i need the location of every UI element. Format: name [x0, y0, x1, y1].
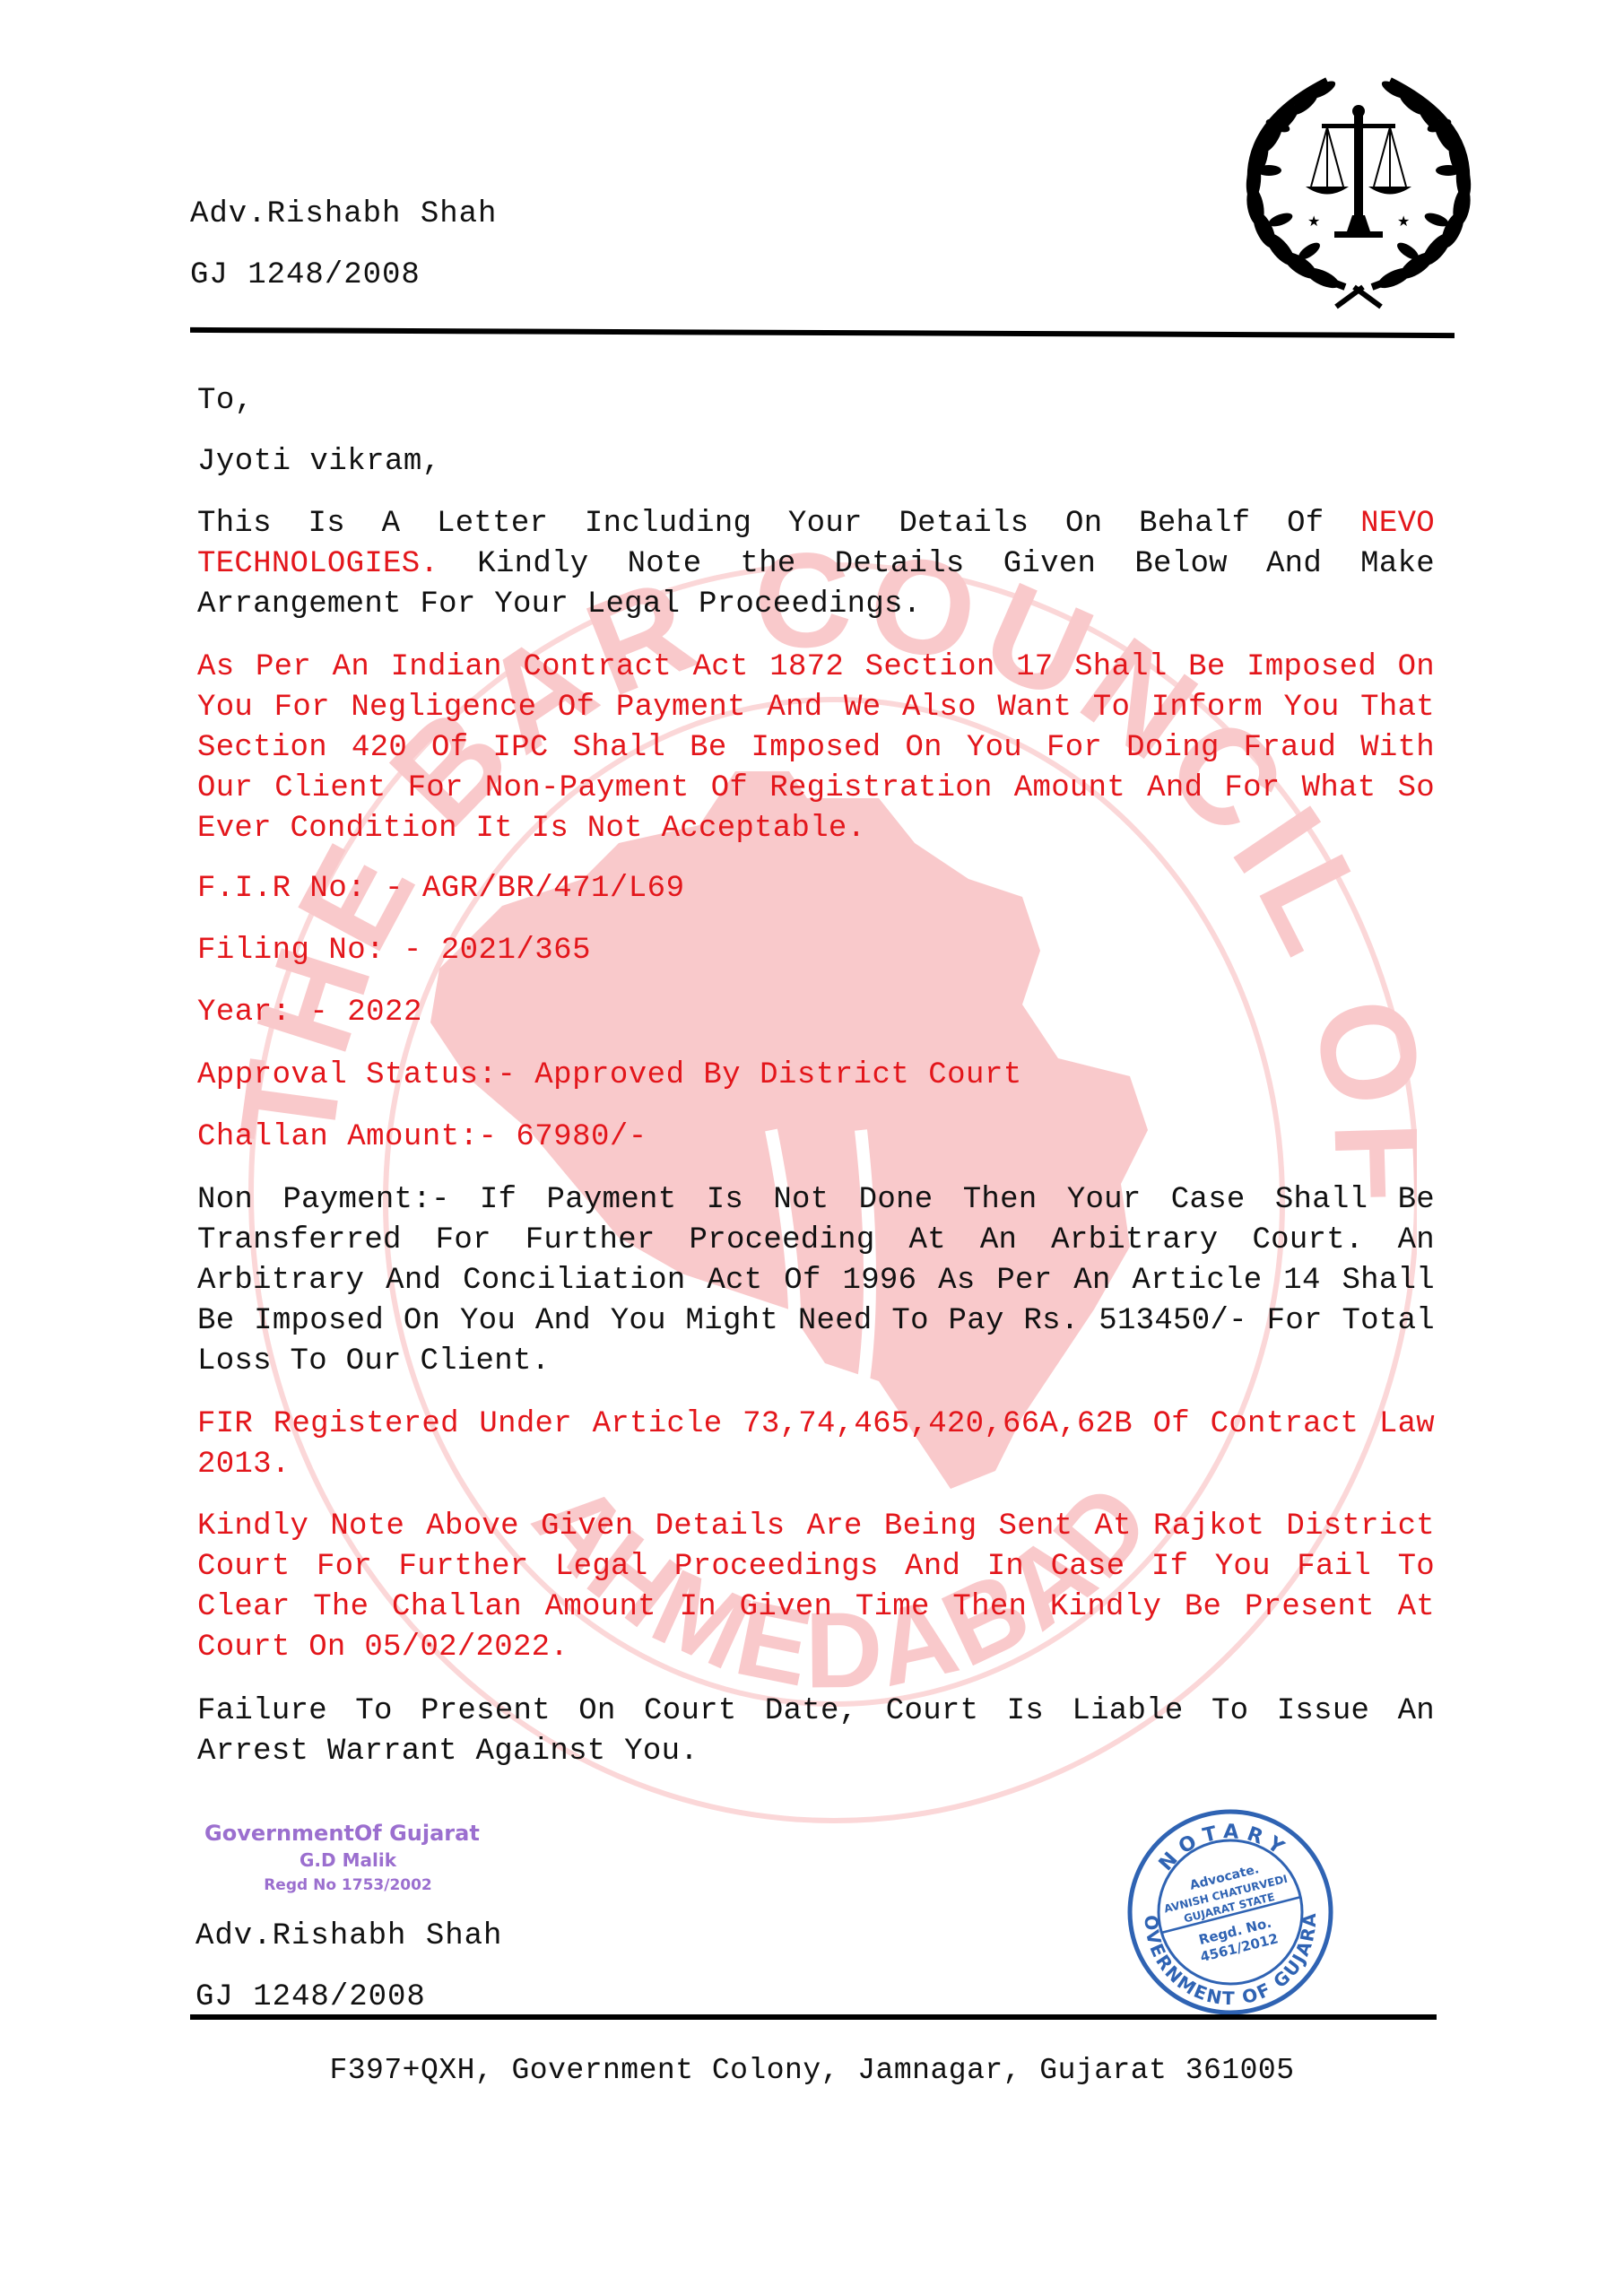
salutation: To,: [197, 384, 254, 418]
fir-registered-paragraph: FIR Registered Under Article 73,74,465,4…: [197, 1405, 1435, 1485]
gov-stamp-line3: Regd No 1753/2002: [204, 1876, 491, 1894]
detail-label: Challan Amount:-: [197, 1120, 516, 1154]
letter-page: THE BAR COUNCIL OF GUJARAT AHMEDABAD: [0, 0, 1624, 2296]
svg-text:★: ★: [1307, 213, 1320, 230]
arrest-warning-paragraph: Failure To Present On Court Date, Court …: [197, 1692, 1435, 1772]
detail-year: Year: - 2022: [197, 996, 422, 1030]
intro-paragraph: This Is A Letter Including Your Details …: [197, 504, 1435, 625]
header-registration-number: GJ 1248/2008: [190, 258, 421, 292]
gov-stamp-line1: GovernmentOf Gujarat: [204, 1821, 491, 1846]
signature-registration-number: GJ 1248/2008: [195, 1980, 426, 2014]
intro-text: This Is A Letter Including Your Details …: [197, 507, 1360, 541]
svg-text:★: ★: [1397, 213, 1410, 230]
header-divider: [190, 327, 1455, 338]
detail-value: 67980/-: [516, 1120, 647, 1154]
detail-label: Filing No: -: [197, 934, 441, 968]
legal-notice-paragraph: As Per An Indian Contract Act 1872 Secti…: [197, 648, 1435, 849]
government-stamp: GovernmentOf Gujarat G.D Malik Regd No 1…: [204, 1821, 491, 1894]
gov-stamp-line2: G.D Malik: [204, 1849, 491, 1871]
header-advocate-name: Adv.Rishabh Shah: [190, 197, 497, 231]
detail-value: 2022: [347, 996, 422, 1030]
detail-label: Approval Status:-: [197, 1058, 534, 1092]
detail-filing-number: Filing No: - 2021/365: [197, 934, 591, 968]
footer-address: F397+QXH, Government Colony, Jamnagar, G…: [0, 2054, 1624, 2087]
court-notice-paragraph: Kindly Note Above Given Details Are Bein…: [197, 1507, 1435, 1668]
signature-advocate-name: Adv.Rishabh Shah: [195, 1919, 502, 1953]
detail-label: F.I.R No: -: [197, 872, 422, 906]
detail-label: Year: -: [197, 996, 347, 1030]
detail-value: Approved By District Court: [534, 1058, 1022, 1092]
non-payment-paragraph: Non Payment:- If Payment Is Not Done The…: [197, 1180, 1435, 1382]
notary-stamp: NOTARY GOVERNMENT OF GUJARAT Advocate. A…: [1125, 1807, 1336, 2018]
footer-divider: [190, 2014, 1437, 2020]
recipient-name: Jyoti vikram,: [197, 445, 441, 479]
detail-value: 2021/365: [441, 934, 591, 968]
scales-of-justice-laurel-icon: ★ ★: [1229, 72, 1489, 314]
detail-value: AGR/BR/471/L69: [422, 872, 685, 906]
detail-challan-amount: Challan Amount:- 67980/-: [197, 1120, 647, 1154]
detail-approval-status: Approval Status:- Approved By District C…: [197, 1058, 1022, 1092]
detail-fir-number: F.I.R No: - AGR/BR/471/L69: [197, 872, 685, 906]
